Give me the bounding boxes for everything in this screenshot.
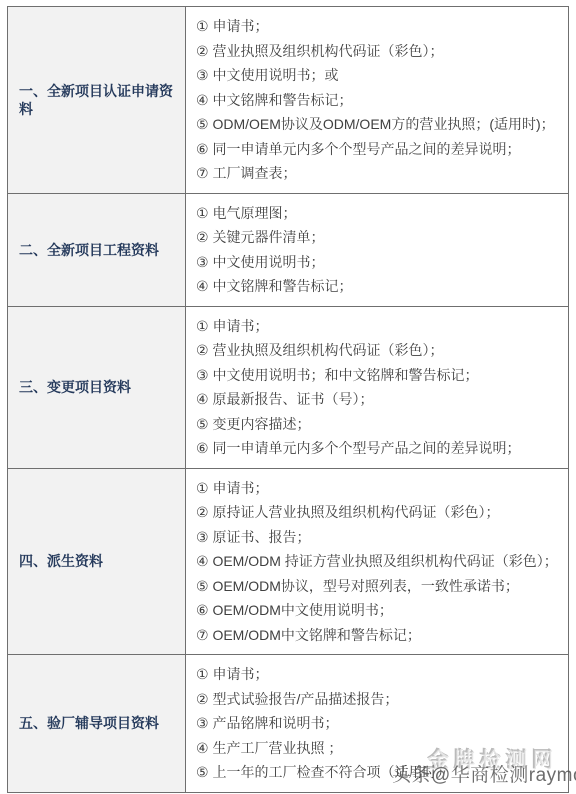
category-label: 五、验厂辅导项目资料	[19, 714, 159, 732]
category-label: 四、派生资料	[19, 552, 103, 570]
category-cell: 四、派生资料	[8, 469, 186, 655]
list-item: ② 营业执照及组织机构代码证（彩色）；	[196, 338, 564, 363]
list-item: ④ 中文铭牌和警告标记；	[196, 274, 564, 299]
list-item: ⑦ OEM/ODM中文铭牌和警告标记；	[196, 623, 564, 648]
list-item: ⑤ 上一年的工厂检查不符合项（适用时）	[196, 760, 564, 785]
list-item: ③ 中文使用说明书；	[196, 250, 564, 275]
items-cell: ① 申请书； ② 型式试验报告/产品描述报告； ③ 产品铭牌和说明书； ④ 生产…	[186, 655, 568, 792]
items-cell: ① 申请书； ② 营业执照及组织机构代码证（彩色）； ③ 中文使用说明书；和中文…	[186, 307, 568, 468]
category-label: 三、变更项目资料	[19, 378, 131, 396]
list-item: ① 申请书；	[196, 476, 564, 501]
table-row: 四、派生资料 ① 申请书； ② 原持证人营业执照及组织机构代码证（彩色）； ③ …	[8, 468, 568, 655]
list-item: ③ 中文使用说明书；和中文铭牌和警告标记；	[196, 363, 564, 388]
list-item: ② 关键元器件清单；	[196, 225, 564, 250]
list-item: ⑤ 变更内容描述；	[196, 412, 564, 437]
list-item: ① 电气原理图；	[196, 201, 564, 226]
list-item: ② 原持证人营业执照及组织机构代码证（彩色）；	[196, 500, 564, 525]
table-row: 二、全新项目工程资料 ① 电气原理图； ② 关键元器件清单； ③ 中文使用说明书…	[8, 193, 568, 306]
list-item: ① 申请书；	[196, 314, 564, 339]
category-cell: 一、全新项目认证申请资料	[8, 7, 186, 193]
list-item: ④ 原最新报告、证书（号）；	[196, 387, 564, 412]
list-item: ① 申请书；	[196, 662, 564, 687]
list-item: ⑦ 工厂调查表；	[196, 161, 564, 186]
list-item: ③ 产品铭牌和说明书；	[196, 711, 564, 736]
table-row: 五、验厂辅导项目资料 ① 申请书； ② 型式试验报告/产品描述报告； ③ 产品铭…	[8, 654, 568, 792]
category-label: 一、全新项目认证申请资料	[19, 82, 181, 118]
list-item: ③ 中文使用说明书；或	[196, 63, 564, 88]
list-item: ⑥ 同一申请单元内多个个型号产品之间的差异说明；	[196, 137, 564, 162]
list-item: ④ 中文铭牌和警告标记；	[196, 88, 564, 113]
list-item: ④ 生产工厂营业执照 ；	[196, 736, 564, 761]
category-cell: 五、验厂辅导项目资料	[8, 655, 186, 792]
list-item: ⑤ ODM/OEM协议及ODM/OEM方的营业执照；(适用时)；	[196, 112, 564, 137]
table-row: 一、全新项目认证申请资料 ① 申请书； ② 营业执照及组织机构代码证（彩色）； …	[8, 7, 568, 193]
items-cell: ① 电气原理图； ② 关键元器件清单； ③ 中文使用说明书； ④ 中文铭牌和警告…	[186, 194, 568, 306]
table-row: 三、变更项目资料 ① 申请书； ② 营业执照及组织机构代码证（彩色）； ③ 中文…	[8, 306, 568, 468]
requirements-table: 一、全新项目认证申请资料 ① 申请书； ② 营业执照及组织机构代码证（彩色）； …	[7, 6, 569, 793]
category-label: 二、全新项目工程资料	[19, 241, 159, 259]
list-item: ① 申请书；	[196, 14, 564, 39]
list-item: ② 型式试验报告/产品描述报告；	[196, 687, 564, 712]
list-item: ⑥ 同一申请单元内多个个型号产品之间的差异说明；	[196, 436, 564, 461]
category-cell: 三、变更项目资料	[8, 307, 186, 468]
list-item: ⑥ OEM/ODM中文使用说明书；	[196, 598, 564, 623]
list-item: ② 营业执照及组织机构代码证（彩色）；	[196, 39, 564, 64]
list-item: ④ OEM/ODM 持证方营业执照及组织机构代码证（彩色）；	[196, 549, 564, 574]
items-cell: ① 申请书； ② 营业执照及组织机构代码证（彩色）； ③ 中文使用说明书；或 ④…	[186, 7, 568, 193]
list-item: ③ 原证书、报告；	[196, 525, 564, 550]
category-cell: 二、全新项目工程资料	[8, 194, 186, 306]
list-item: ⑤ OEM/ODM协议，型号对照列表，一致性承诺书；	[196, 574, 564, 599]
items-cell: ① 申请书； ② 原持证人营业执照及组织机构代码证（彩色）； ③ 原证书、报告；…	[186, 469, 568, 655]
